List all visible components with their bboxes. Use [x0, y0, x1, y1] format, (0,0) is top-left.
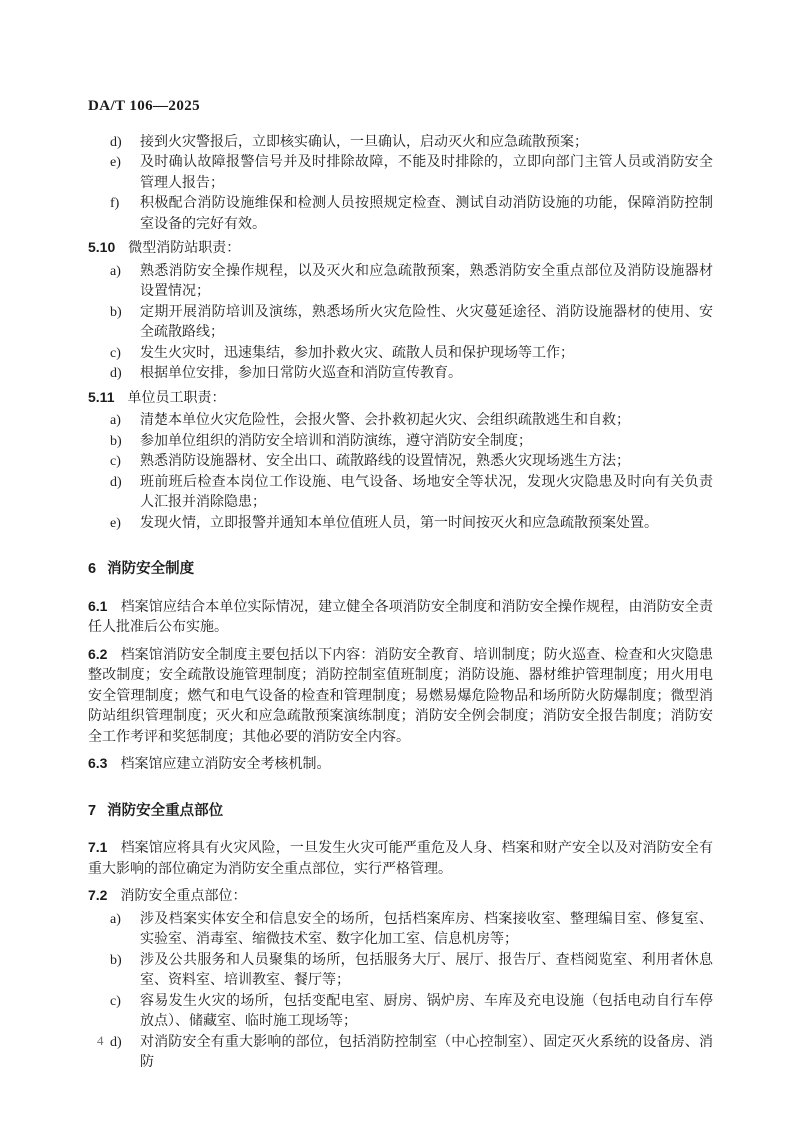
list-item-text: 及时确认故障报警信号并及时排除故障，不能及时排除的，立即向部门主管人员或消防安全… [140, 155, 713, 191]
clause-7-2: 7.2消防安全重点部位： [88, 885, 713, 908]
list-item: a) 涉及档案实体安全和信息安全的场所，包括档案库房、档案接收室、整理编目室、修… [88, 910, 713, 951]
list-item-text: 积极配合消防设施维保和检测人员按照规定检查、测试自动消防设施的功能，保障消防控制… [140, 196, 713, 232]
list-item-label: b) [110, 951, 122, 972]
list-item-text: 涉及公共服务和人员聚集的场所，包括服务大厅、展厅、报告厅、查档阅览室、利用者休息… [140, 953, 713, 989]
list-item-label: e) [110, 514, 121, 535]
clause-text: 档案馆应将具有火灾风险，一旦发生火灾可能严重危及人身、档案和财产安全以及对消防安… [88, 841, 713, 877]
list-clause-5-11: a) 清楚本单位火灾危险性，会报火警、会扑救初起火灾、会组织疏散逃生和自救； b… [88, 411, 713, 534]
list-item-label: c) [110, 992, 121, 1013]
list-item: b) 参加单位组织的消防安全培训和消防演练，遵守消防安全制度； [88, 432, 713, 453]
list-clause-7-2: a) 涉及档案实体安全和信息安全的场所，包括档案库房、档案接收室、整理编目室、修… [88, 910, 713, 1074]
clause-number: 6.2 [88, 646, 107, 662]
chapter-title: 消防安全制度 [107, 561, 194, 577]
list-clause-5-10: a) 熟悉消防安全操作规程，以及灭火和应急疏散预案，熟悉消防安全重点部位及消防设… [88, 262, 713, 385]
clause-number: 6.3 [88, 755, 107, 771]
list-item-text: 接到火灾警报后，立即核实确认，一旦确认，启动灭火和应急疏散预案； [140, 135, 588, 150]
list-item-text: 根据单位安排，参加日常防火巡查和消防宣传教育。 [140, 366, 462, 381]
list-item-label: c) [110, 452, 121, 473]
page-number: 4 [97, 1033, 104, 1049]
list-item-label: f) [110, 194, 119, 215]
clause-number: 6.1 [88, 598, 107, 614]
list-item-label: d) [110, 133, 122, 154]
list-item-label: d) [110, 364, 122, 385]
list-item-text: 清楚本单位火灾危险性，会报火警、会扑救初起火灾、会组织疏散逃生和自救； [140, 413, 630, 428]
list-item-text: 班前班后检查本岗位工作设施、电气设备、场地安全等状况，发现火灾隐患及时向有关负责… [140, 475, 713, 511]
clause-5-11: 5.11单位员工职责： [88, 387, 713, 410]
list-item: c) 发生火灾时，迅速集结，参加扑救火灾、疏散人员和保护现场等工作； [88, 344, 713, 365]
clause-title: 消防安全重点部位： [120, 889, 246, 904]
clause-text: 档案馆应建立消防安全考核机制。 [120, 757, 330, 772]
list-item: b) 涉及公共服务和人员聚集的场所，包括服务大厅、展厅、报告厅、查档阅览室、利用… [88, 951, 713, 992]
clause-text: 档案馆应结合本单位实际情况，建立健全各项消防安全制度和消防安全操作规程，由消防安… [88, 600, 713, 636]
list-item-label: b) [110, 432, 122, 453]
list-item-text: 容易发生火灾的场所，包括变配电室、厨房、锅炉房、车库及充电设施（包括电动自行车停… [140, 994, 713, 1030]
chapter-title: 消防安全重点部位 [107, 803, 223, 819]
list-item-text: 熟悉消防设施器材、安全出口、疏散路线的设置情况，熟悉火灾现场逃生方法； [140, 454, 630, 469]
clause-number: 5.11 [88, 389, 114, 405]
list-item: f) 积极配合消防设施维保和检测人员按照规定检查、测试自动消防设施的功能，保障消… [88, 194, 713, 235]
list-clause-5-9: d) 接到火灾警报后，立即核实确认，一旦确认，启动灭火和应急疏散预案； e) 及… [88, 133, 713, 236]
clause-number: 7.1 [88, 839, 107, 855]
list-item-label: e) [110, 153, 121, 174]
clause-6-1: 6.1档案馆应结合本单位实际情况，建立健全各项消防安全制度和消防安全操作规程，由… [88, 596, 713, 639]
clause-number: 7.2 [88, 887, 107, 903]
clause-title: 微型消防站职责： [128, 241, 240, 256]
list-item: a) 熟悉消防安全操作规程，以及灭火和应急疏散预案，熟悉消防安全重点部位及消防设… [88, 262, 713, 303]
chapter-number: 7 [88, 803, 96, 819]
clause-5-10: 5.10微型消防站职责： [88, 237, 713, 260]
chapter-7-heading: 7消防安全重点部位 [88, 801, 713, 822]
clause-number: 5.10 [88, 239, 115, 255]
list-item-text: 定期开展消防培训及演练，熟悉场所火灾危险性、火灾蔓延途径、消防设施器材的使用、安… [140, 305, 713, 341]
list-item-text: 参加单位组织的消防安全培训和消防演练，遵守消防安全制度； [140, 434, 532, 449]
list-item-label: d) [110, 1033, 122, 1054]
standard-number: DA/T 106—2025 [88, 98, 200, 114]
clause-6-2: 6.2档案馆消防安全制度主要包括以下内容：消防安全教育、培训制度；防火巡查、检查… [88, 644, 713, 749]
document-header: DA/T 106—2025 [88, 96, 713, 118]
list-item-label: a) [110, 411, 121, 432]
clause-text: 档案馆消防安全制度主要包括以下内容：消防安全教育、培训制度；防火巡查、检查和火灾… [88, 648, 713, 745]
list-item-label: c) [110, 344, 121, 365]
clause-7-1: 7.1档案馆应将具有火灾风险，一旦发生火灾可能严重危及人身、档案和财产安全以及对… [88, 837, 713, 880]
list-item-label: d) [110, 473, 122, 494]
list-item-label: a) [110, 910, 121, 931]
chapter-6-heading: 6消防安全制度 [88, 559, 713, 580]
list-item-text: 发生火灾时，迅速集结，参加扑救火灾、疏散人员和保护现场等工作； [140, 346, 574, 361]
clause-title: 单位员工职责： [127, 391, 225, 406]
list-item: c) 熟悉消防设施器材、安全出口、疏散路线的设置情况，熟悉火灾现场逃生方法； [88, 452, 713, 473]
list-item: d) 接到火灾警报后，立即核实确认，一旦确认，启动灭火和应急疏散预案； [88, 133, 713, 154]
list-item: a) 清楚本单位火灾危险性，会报火警、会扑救初起火灾、会组织疏散逃生和自救； [88, 411, 713, 432]
list-item-text: 涉及档案实体安全和信息安全的场所，包括档案库房、档案接收室、整理编目室、修复室、… [140, 912, 713, 948]
list-item: d) 对消防安全有重大影响的部位，包括消防控制室（中心控制室）、固定灭火系统的设… [88, 1033, 713, 1074]
document-body: DA/T 106—2025 d) 接到火灾警报后，立即核实确认，一旦确认，启动灭… [88, 96, 713, 1076]
list-item-text: 发现火情，立即报警并通知本单位值班人员，第一时间按灭火和应急疏散预案处置。 [140, 516, 658, 531]
clause-6-3: 6.3档案馆应建立消防安全考核机制。 [88, 753, 713, 776]
document-page: DA/T 106—2025 d) 接到火灾警报后，立即核实确认，一旦确认，启动灭… [0, 0, 794, 1122]
list-item: d) 班前班后检查本岗位工作设施、电气设备、场地安全等状况，发现火灾隐患及时向有… [88, 473, 713, 514]
list-item-text: 熟悉消防安全操作规程，以及灭火和应急疏散预案，熟悉消防安全重点部位及消防设施器材… [140, 264, 713, 300]
list-item-label: a) [110, 262, 121, 283]
list-item-label: b) [110, 303, 122, 324]
list-item: e) 发现火情，立即报警并通知本单位值班人员，第一时间按灭火和应急疏散预案处置。 [88, 514, 713, 535]
chapter-number: 6 [88, 561, 96, 577]
list-item: c) 容易发生火灾的场所，包括变配电室、厨房、锅炉房、车库及充电设施（包括电动自… [88, 992, 713, 1033]
list-item-text: 对消防安全有重大影响的部位，包括消防控制室（中心控制室）、固定灭火系统的设备房、… [140, 1035, 713, 1071]
list-item: d) 根据单位安排，参加日常防火巡查和消防宣传教育。 [88, 364, 713, 385]
list-item: e) 及时确认故障报警信号并及时排除故障，不能及时排除的，立即向部门主管人员或消… [88, 153, 713, 194]
list-item: b) 定期开展消防培训及演练，熟悉场所火灾危险性、火灾蔓延途径、消防设施器材的使… [88, 303, 713, 344]
